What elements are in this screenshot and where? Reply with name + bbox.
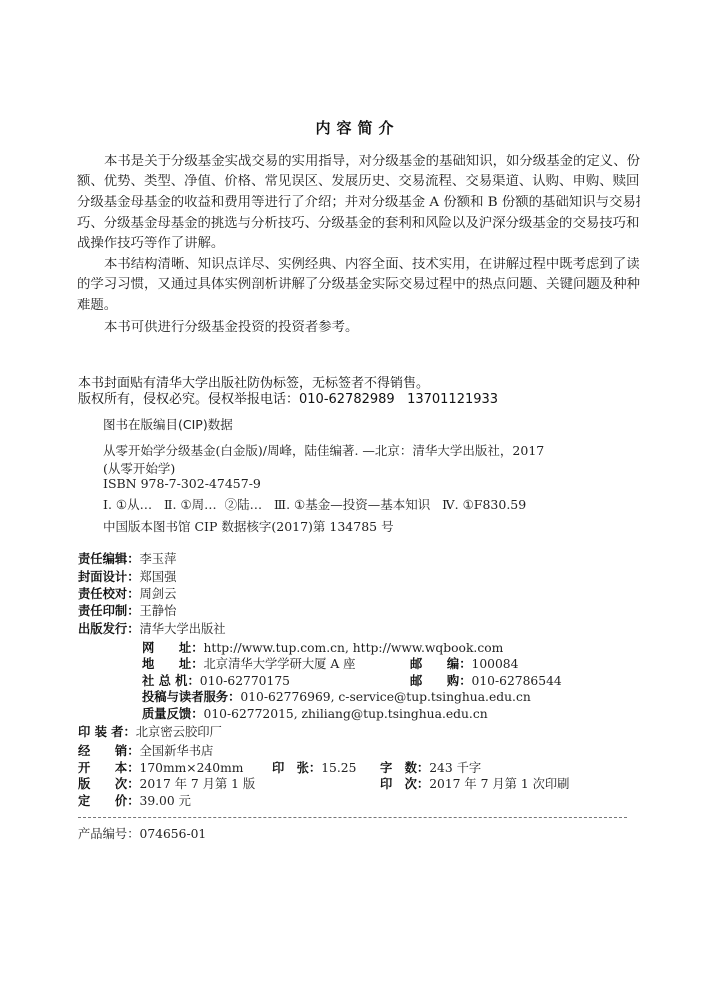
credit-printing-supervisor: 责任印制：王静怡: [78, 604, 176, 619]
paragraph-line: 难题。: [77, 298, 640, 314]
copyright-notice: 版权所有，侵权必究。侵权举报电话：010-62782989 1370112193…: [78, 388, 498, 407]
paragraph-line: 本书可供进行分级基金投资的投资者参考。: [104, 320, 640, 336]
paragraph-line: 本书是关于分级基金实战交易的实用指导，对分级基金的基础知识，如分级基金的定义、份: [104, 154, 640, 170]
publisher-mail-order: 邮 购：010-62786544: [410, 674, 562, 689]
credit-edition: 版 次：2017 年 7 月第 1 版: [78, 777, 255, 792]
credit-price: 定 价：39.00 元: [78, 794, 191, 809]
cip-isbn: ISBN 978-7-302-47457-9: [103, 476, 261, 491]
paragraph-line: 本书结构清晰、知识点详尽、实例经典、内容全面、技术实用，在讲解过程中既考虑到了读…: [104, 257, 640, 273]
quality-email[interactable]: 010-62772015, zhiliang@tup.tsinghua.edu.…: [204, 707, 488, 721]
credit-word-count: 字 数：243 千字: [380, 761, 481, 776]
cip-title-line: 从零开始学分级基金(白金版)/周峰，陆佳编著. —北京：清华大学出版社，2017: [103, 441, 544, 459]
credit-cover-design: 封面设计：郑国强: [78, 570, 176, 585]
credit-impression: 印 次：2017 年 7 月第 1 次印刷: [380, 777, 569, 792]
cip-series-line: (从零开始学): [103, 459, 175, 477]
credit-editor: 责任编辑：李玉萍: [78, 552, 176, 567]
quality-feedback: 质量反馈：010-62772015, zhiliang@tup.tsinghua…: [142, 707, 488, 722]
cip-classification: Ⅰ. ①从… Ⅱ. ①周… ②陆… Ⅲ. ①基金—投资—基本知识 Ⅳ. ①F83…: [103, 495, 526, 513]
publisher-website: 网 址：http://www.tup.com.cn, http://www.wq…: [142, 641, 503, 656]
paragraph-line: 额、优势、类型、净值、价格、常见误区、发展历史、交易流程、交易渠道、认购、申购、…: [77, 174, 640, 190]
credit-printer: 印 装 者：北京密云胶印厂: [78, 725, 222, 740]
dashed-divider: [78, 817, 627, 818]
publisher-postcode: 邮 编：100084: [410, 657, 518, 672]
paragraph-line: 战操作技巧等作了讲解。: [77, 236, 640, 252]
reader-service: 投稿与读者服务：010-62776969, c-service@tup.tsin…: [142, 690, 531, 705]
cip-record-number: 中国版本图书馆 CIP 数据核字(2017)第 134785 号: [103, 517, 394, 535]
credit-format: 开 本：170mm×240mm: [78, 761, 243, 776]
publisher-address: 地 址：北京清华大学学研大厦 A 座: [142, 657, 355, 672]
service-email[interactable]: 010-62776969, c-service@tup.tsinghua.edu…: [240, 690, 530, 704]
product-code: 产品编号：074656-01: [78, 827, 206, 842]
paragraph-line: 分级基金母基金的收益和费用等进行了介绍；并对分级基金 A 份额和 B 份额的基础…: [77, 195, 640, 211]
website-links[interactable]: http://www.tup.com.cn, http://www.wqbook…: [204, 641, 504, 655]
credit-sheets: 印 张：15.25: [272, 761, 356, 776]
publisher-switchboard: 社 总 机：010-62770175: [142, 674, 290, 689]
credit-publisher: 出版发行：清华大学出版社: [78, 622, 226, 637]
paragraph-line: 巧、分级基金母基金的挑选与分析技巧、分级基金的套利和风险以及沪深分级基金的交易技…: [77, 216, 640, 232]
summary-title: 内容简介: [0, 117, 715, 138]
credit-distributor: 经 销：全国新华书店: [78, 744, 213, 759]
paragraph-line: 的学习习惯，又通过具体实例剖析讲解了分级基金实际交易过程中的热点问题、关键问题及…: [77, 277, 640, 293]
cip-heading: 图书在版编目(CIP)数据: [103, 415, 233, 433]
credit-proofreader: 责任校对：周剑云: [78, 587, 176, 602]
